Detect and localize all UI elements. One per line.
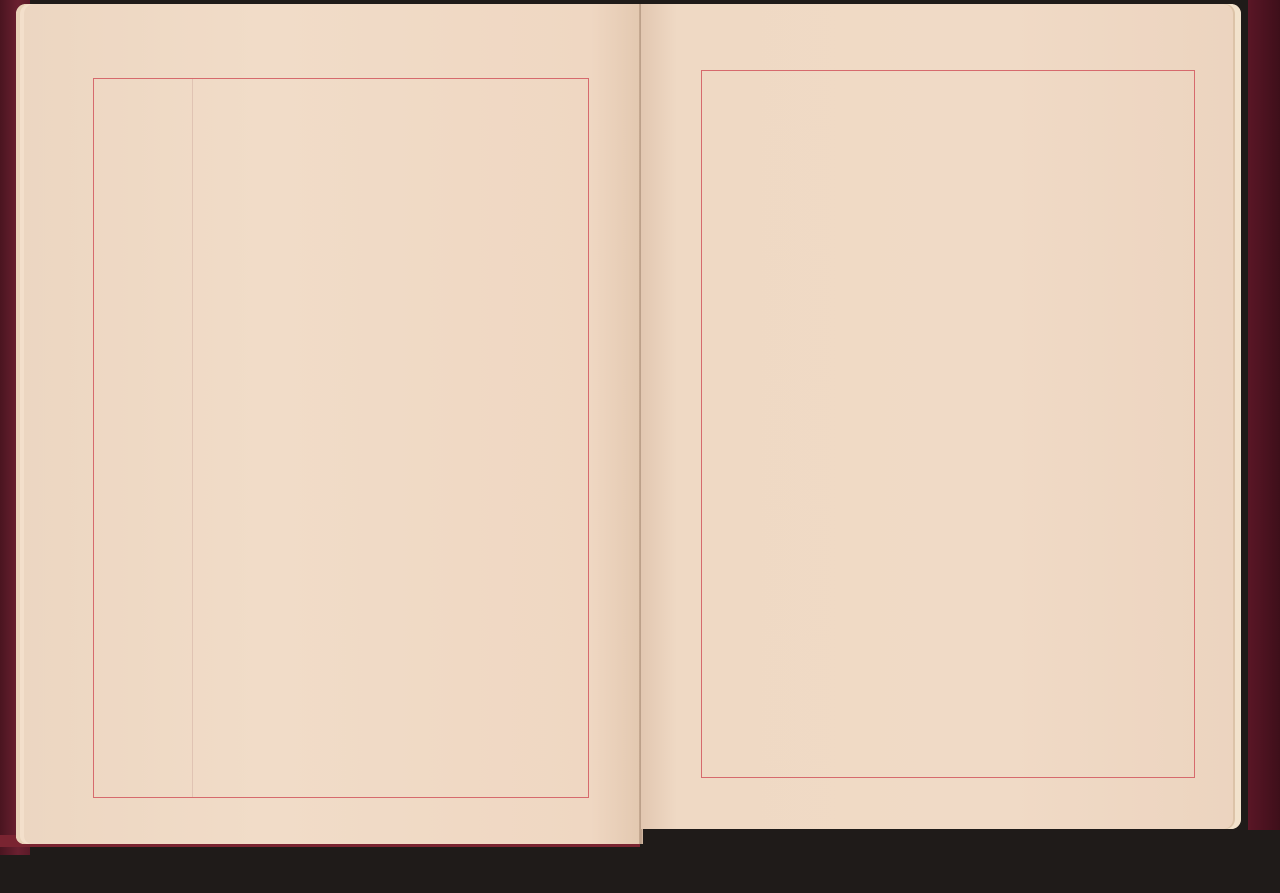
right-page-frame (701, 70, 1195, 778)
left-page-frame (93, 78, 589, 798)
book-cover-right-edge (1248, 0, 1280, 830)
margin-rule (192, 79, 193, 797)
